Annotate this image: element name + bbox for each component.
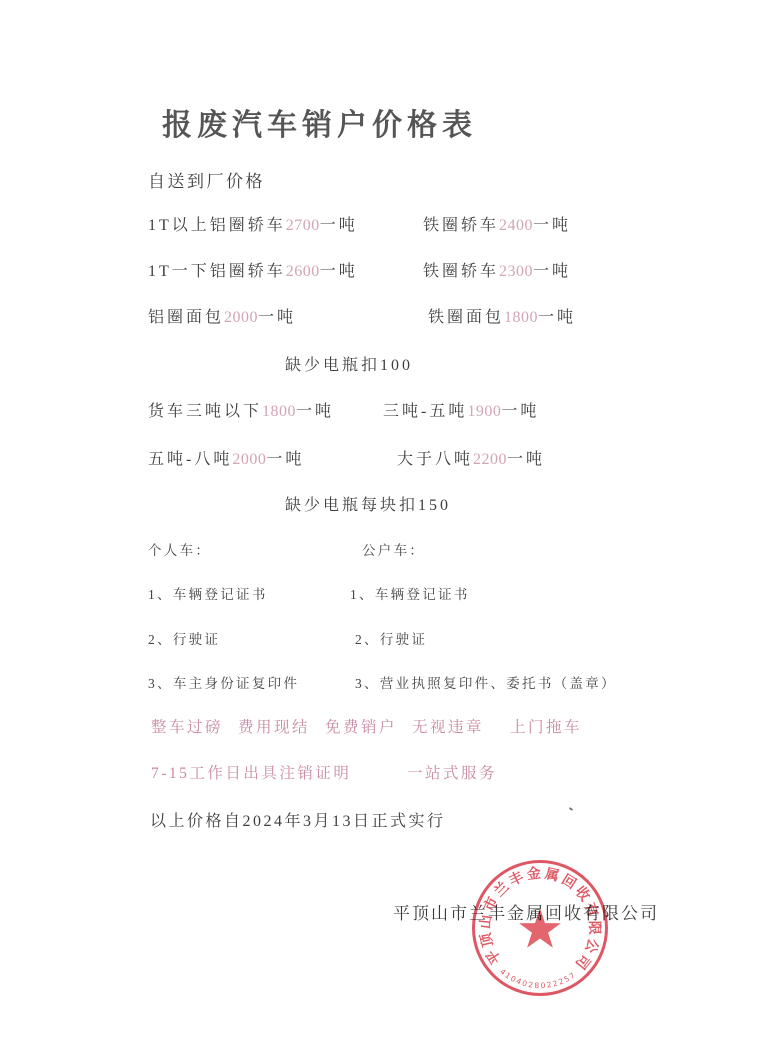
service-tag: 无视违章 [412, 718, 484, 738]
service-tag: 一站式服务 [407, 764, 497, 784]
price-value: 2400 [499, 217, 533, 234]
price-item-left: 铝圈面包2000一吨 [148, 308, 296, 328]
corporate-docs-heading: 公户车： [362, 541, 425, 561]
price-value: 1900 [467, 403, 501, 420]
company-seal: 平顶山市兰丰金属回收有限公司 4104028022257 [470, 858, 610, 998]
price-label: 三吨-五吨 [383, 403, 467, 420]
price-value: 2700 [286, 217, 320, 234]
scan-speck [569, 807, 573, 811]
personal-doc-item: 3、车主身份证复印件 [148, 674, 299, 694]
price-value: 2000 [232, 451, 266, 468]
price-unit: 一吨 [296, 403, 334, 420]
price-item-left: 1T以上铝圈轿车2700一吨 [148, 216, 358, 236]
price-label: 铁圈轿车 [423, 217, 499, 234]
price-unit: 一吨 [320, 263, 358, 280]
car-battery-note: 缺少电瓶扣100 [285, 356, 413, 376]
price-label: 1T以上铝圈轿车 [148, 217, 286, 234]
price-unit: 一吨 [533, 263, 571, 280]
truck-battery-note: 缺少电瓶每块扣150 [285, 496, 451, 516]
truck-price-item-right: 三吨-五吨1900一吨 [383, 402, 539, 422]
price-value: 1800 [262, 403, 296, 420]
corporate-doc-item: 1、车辆登记证书 [350, 585, 470, 605]
price-unit: 一吨 [320, 217, 358, 234]
personal-doc-item: 1、车辆登记证书 [148, 585, 268, 605]
corporate-doc-item: 2、行驶证 [355, 630, 427, 650]
price-item-right: 铁圈面包1800一吨 [428, 308, 576, 328]
page-title: 报废汽车销户价格表 [162, 109, 477, 143]
price-value: 2300 [499, 263, 533, 280]
price-item-left: 1T一下铝圈轿车2600一吨 [148, 262, 358, 282]
truck-price-item-left: 五吨-八吨2000一吨 [148, 450, 304, 470]
service-tag: 费用现结 [238, 718, 310, 738]
truck-price-item-left: 货车三吨以下1800一吨 [148, 402, 334, 422]
price-label: 铁圈面包 [428, 309, 504, 326]
price-unit: 一吨 [507, 451, 545, 468]
price-label: 五吨-八吨 [148, 451, 232, 468]
personal-doc-item: 2、行驶证 [148, 630, 220, 650]
service-tag: 整车过磅 [151, 718, 223, 738]
price-item-right: 铁圈轿车2400一吨 [423, 216, 571, 236]
section-heading: 自送到厂价格 [148, 172, 265, 192]
price-label: 铁圈轿车 [423, 263, 499, 280]
service-tag: 免费销户 [325, 718, 397, 738]
price-label: 铝圈面包 [148, 309, 224, 326]
star-icon [519, 908, 561, 948]
corporate-doc-item: 3、营业执照复印件、委托书（盖章） [355, 674, 617, 694]
price-value: 2200 [473, 451, 507, 468]
price-label: 1T一下铝圈轿车 [148, 263, 286, 280]
price-unit: 一吨 [258, 309, 296, 326]
price-item-right: 铁圈轿车2300一吨 [423, 262, 571, 282]
price-label: 货车三吨以下 [148, 403, 262, 420]
price-value: 2000 [224, 309, 258, 326]
price-value: 1800 [504, 309, 538, 326]
effective-date-note: 以上价格自2024年3月13日正式实行 [150, 812, 446, 832]
price-value: 2600 [286, 263, 320, 280]
truck-price-item-right: 大于八吨2200一吨 [397, 450, 545, 470]
price-unit: 一吨 [501, 403, 539, 420]
price-label: 大于八吨 [397, 451, 473, 468]
price-unit: 一吨 [533, 217, 571, 234]
price-unit: 一吨 [266, 451, 304, 468]
price-unit: 一吨 [538, 309, 576, 326]
service-tag: 上门拖车 [510, 718, 582, 738]
personal-docs-heading: 个人车： [148, 541, 211, 561]
service-tag: 7-15工作日出具注销证明 [151, 764, 351, 784]
